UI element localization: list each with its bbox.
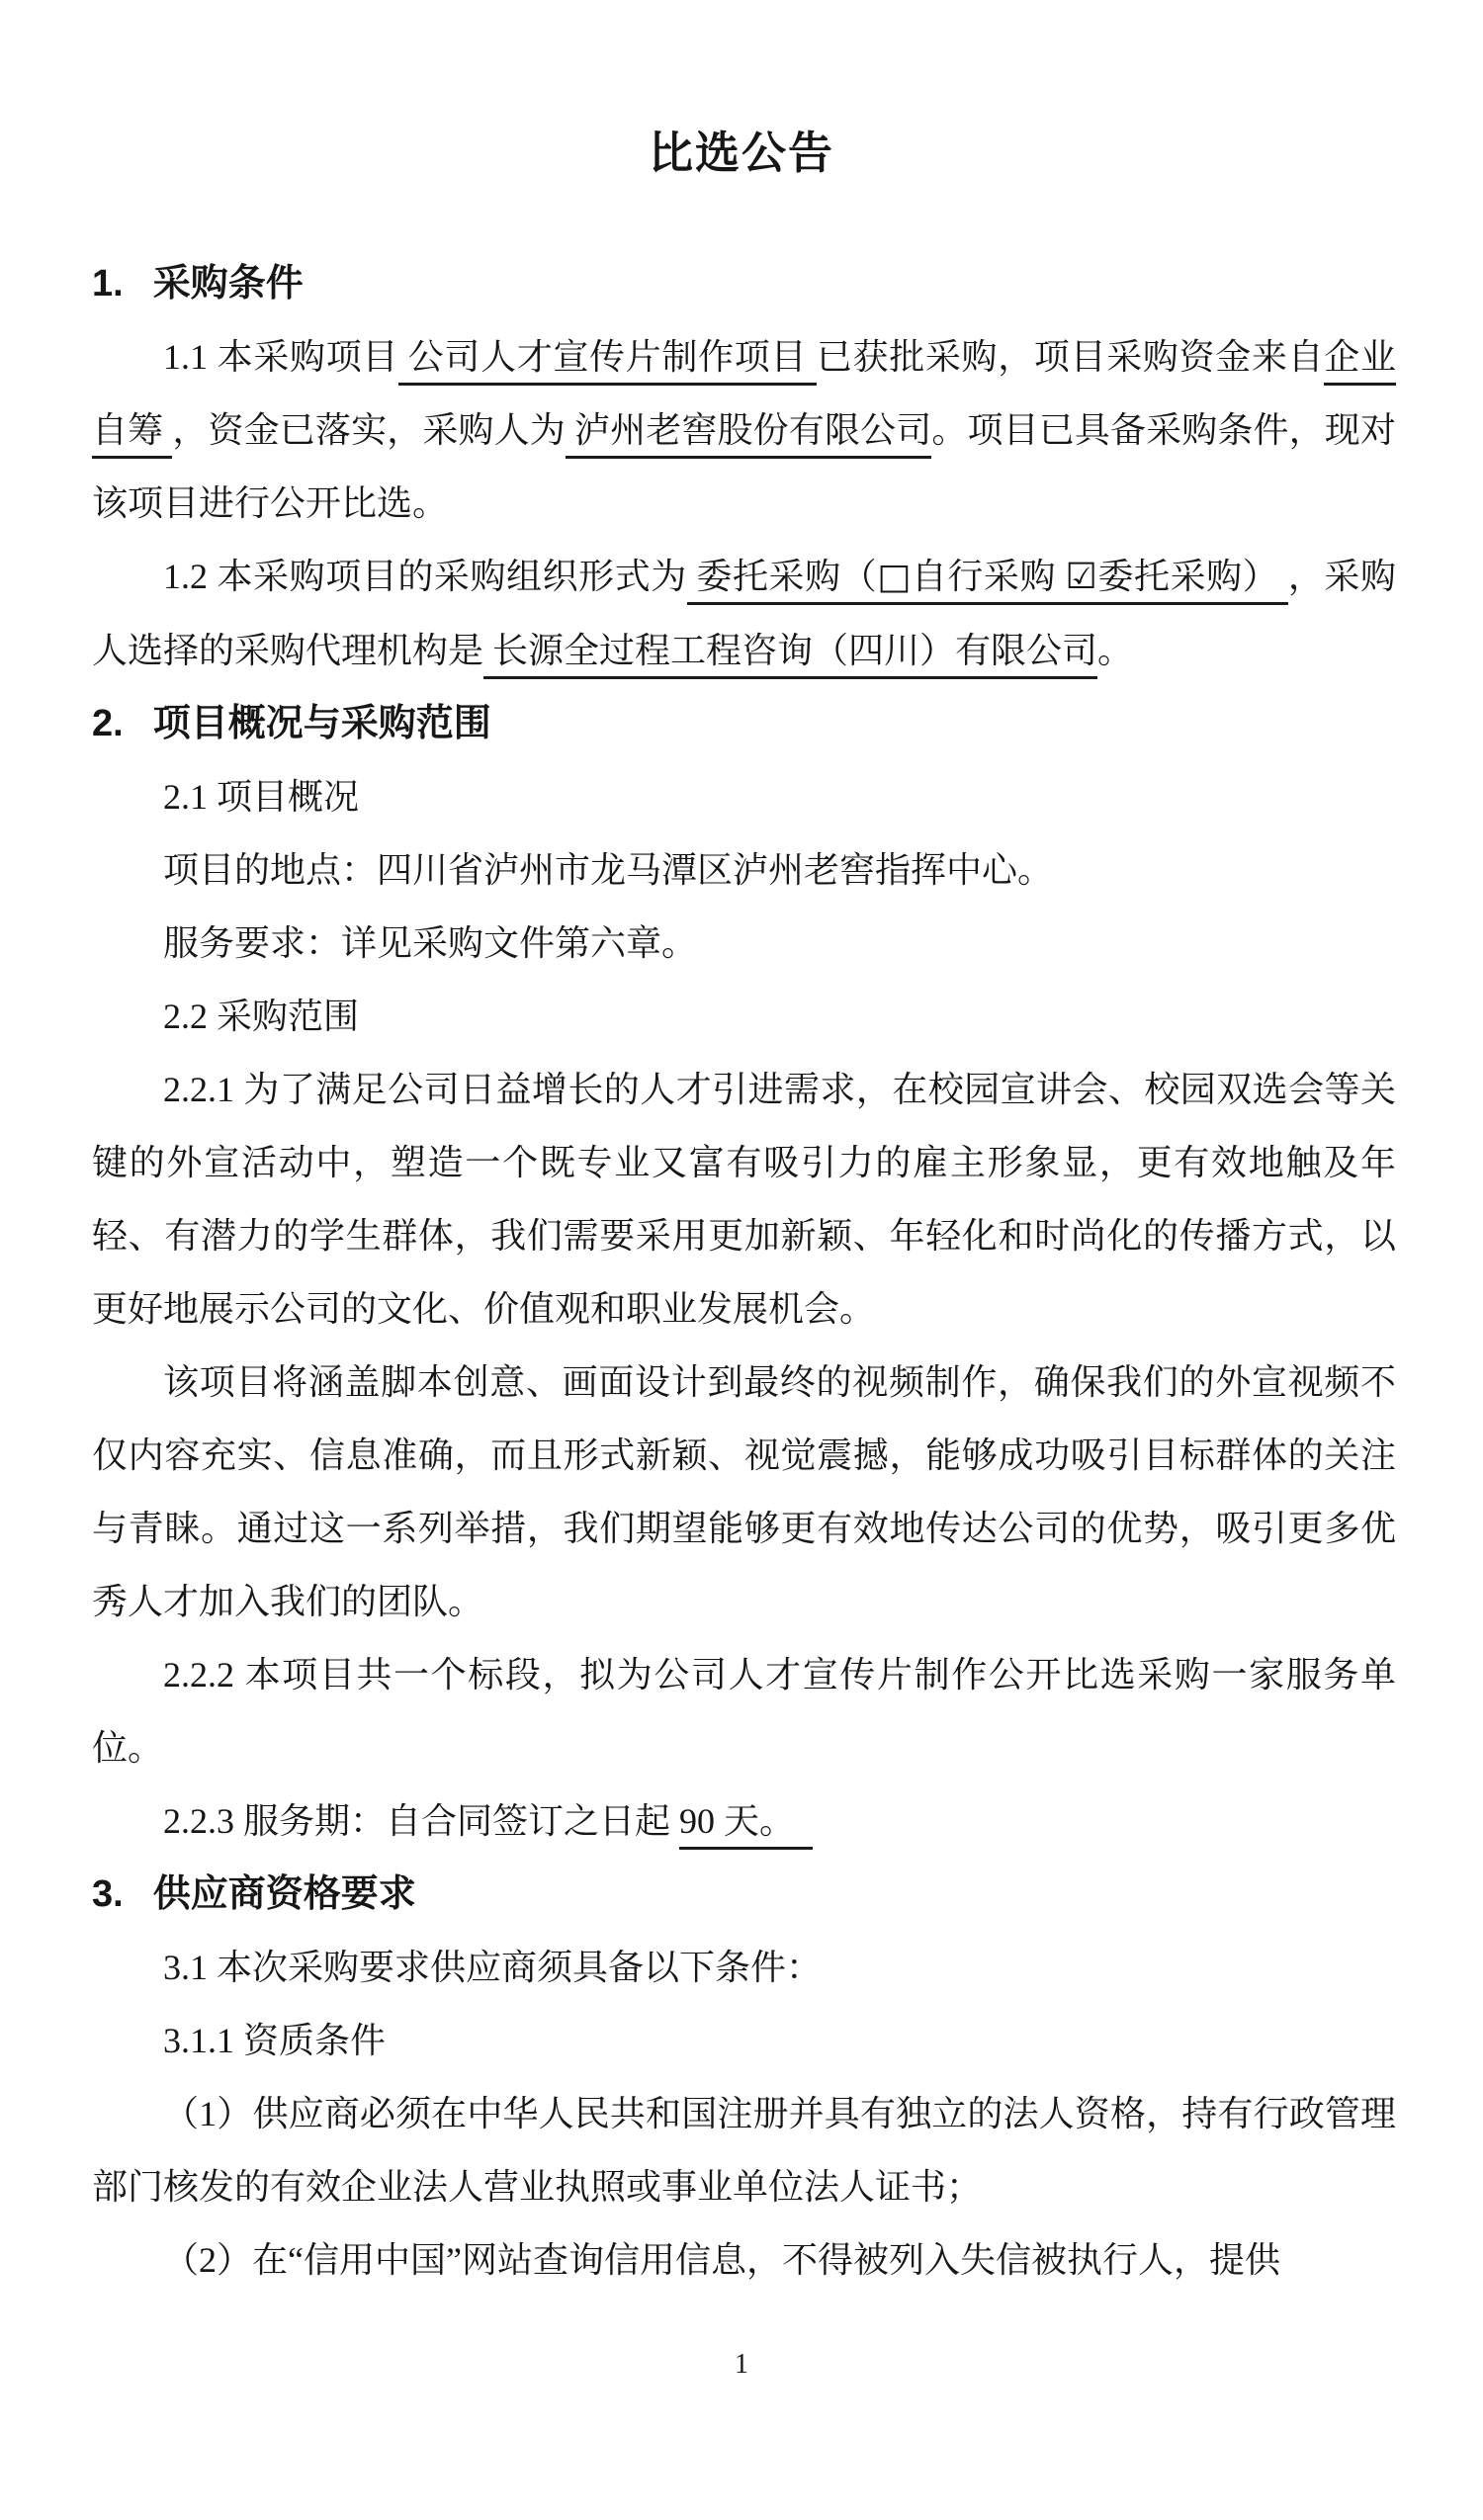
text-run: ，资金已落实，采购人为 <box>172 410 565 450</box>
paragraph: （1）供应商必须在中华人民共和国注册并具有独立的法人资格，持有行政管理部门核发的… <box>92 2077 1396 2223</box>
paragraph: 2.2.3 服务期：自合同签订之日起 90 天。 <box>92 1784 1396 1858</box>
text-run: 已获批采购，项目采购资金来自 <box>817 337 1324 377</box>
text-run: 2.2 采购范围 <box>163 997 359 1036</box>
text-run: 3.1 本次采购要求供应商须具备以下条件： <box>163 1948 822 1987</box>
paragraph: 该项目将涵盖脚本创意、画面设计到最终的视频制作，确保我们的外宣视频不仅内容充实、… <box>92 1346 1396 1638</box>
text-run: 项目的地点：四川省泸州市龙马潭区泸州老窖指挥中心。 <box>163 850 1053 890</box>
checked-checkbox-icon: ☑ <box>1066 557 1097 597</box>
page-footer: 1 <box>0 2347 1483 2383</box>
text-run: 1.2 本采购项目的采购组织形式为 <box>163 557 687 596</box>
section-heading: 3.供应商资格要求 <box>92 1858 1396 1931</box>
section-title: 采购条件 <box>153 263 304 304</box>
paragraph: 2.1 项目概况 <box>92 760 1396 833</box>
page: 比选公告 1.采购条件1.1 本采购项目 公司人才宣传片制作项目 已获批采购，项… <box>0 0 1483 2520</box>
text-run: 服务要求：详见采购文件第六章。 <box>163 923 697 963</box>
paragraph: 2.2.2 本项目共一个标段，拟为公司人才宣传片制作公开比选采购一家服务单位。 <box>92 1638 1396 1784</box>
underlined-field: 90 天。 <box>679 1801 813 1850</box>
underlined-field: 泸州老窖股份有限公司 <box>566 410 931 459</box>
text-run: 2.2.3 服务期：自合同签订之日起 <box>163 1801 679 1841</box>
text-run: 。 <box>1097 631 1133 670</box>
unchecked-checkbox-icon: □ <box>877 557 912 597</box>
paragraph: 2.2 采购范围 <box>92 980 1396 1053</box>
text-run: （1）供应商必须在中华人民共和国注册并具有独立的法人资格，持有行政管理部门核发的… <box>92 2094 1396 2207</box>
section-title: 项目概况与采购范围 <box>153 703 491 744</box>
text-run: 3.1.1 资质条件 <box>163 2021 386 2060</box>
text-run: 2.1 项目概况 <box>163 777 359 817</box>
paragraph: 服务要求：详见采购文件第六章。 <box>92 907 1396 980</box>
section-number: 1. <box>92 247 124 320</box>
paragraph: 2.2.1 为了满足公司日益增长的人才引进需求，在校园宣讲会、校园双选会等关键的… <box>92 1053 1396 1346</box>
paragraph: 3.1.1 资质条件 <box>92 2004 1396 2077</box>
section-number: 2. <box>92 687 124 760</box>
paragraph: 1.1 本采购项目 公司人才宣传片制作项目 已获批采购，项目采购资金来自企业自筹… <box>92 320 1396 540</box>
text-run: 1.1 本采购项目 <box>163 337 398 377</box>
underlined-field: 公司人才宣传片制作项目 <box>398 337 817 386</box>
document-title: 比选公告 <box>0 109 1483 198</box>
text-run: 2.2.1 为了满足公司日益增长的人才引进需求，在校园宣讲会、校园双选会等关键的… <box>92 1070 1396 1329</box>
paragraph: 1.2 本采购项目的采购组织形式为 委托采购（□自行采购 ☑委托采购） ，采购人… <box>92 540 1396 687</box>
section-heading: 2.项目概况与采购范围 <box>92 687 1396 760</box>
document-body: 1.采购条件1.1 本采购项目 公司人才宣传片制作项目 已获批采购，项目采购资金… <box>92 247 1396 2297</box>
paragraph: 项目的地点：四川省泸州市龙马潭区泸州老窖指挥中心。 <box>92 833 1396 907</box>
page-number: 1 <box>735 2349 748 2380</box>
section-heading: 1.采购条件 <box>92 247 1396 320</box>
text-run: （2）在“信用中国”网站查询信用信息，不得被列入失信被执行人，提供 <box>163 2240 1280 2280</box>
underlined-field: 长源全过程工程咨询（四川）有限公司 <box>483 631 1097 679</box>
section-number: 3. <box>92 1858 124 1931</box>
section-title: 供应商资格要求 <box>153 1873 416 1915</box>
paragraph: 3.1 本次采购要求供应商须具备以下条件： <box>92 1931 1396 2004</box>
paragraph: （2）在“信用中国”网站查询信用信息，不得被列入失信被执行人，提供 <box>92 2223 1396 2297</box>
text-run: 2.2.2 本项目共一个标段，拟为公司人才宣传片制作公开比选采购一家服务单位。 <box>92 1655 1396 1768</box>
underlined-field: 委托采购（□自行采购 ☑委托采购） <box>687 557 1288 605</box>
text-run: 该项目将涵盖脚本创意、画面设计到最终的视频制作，确保我们的外宣视频不仅内容充实、… <box>92 1362 1396 1621</box>
